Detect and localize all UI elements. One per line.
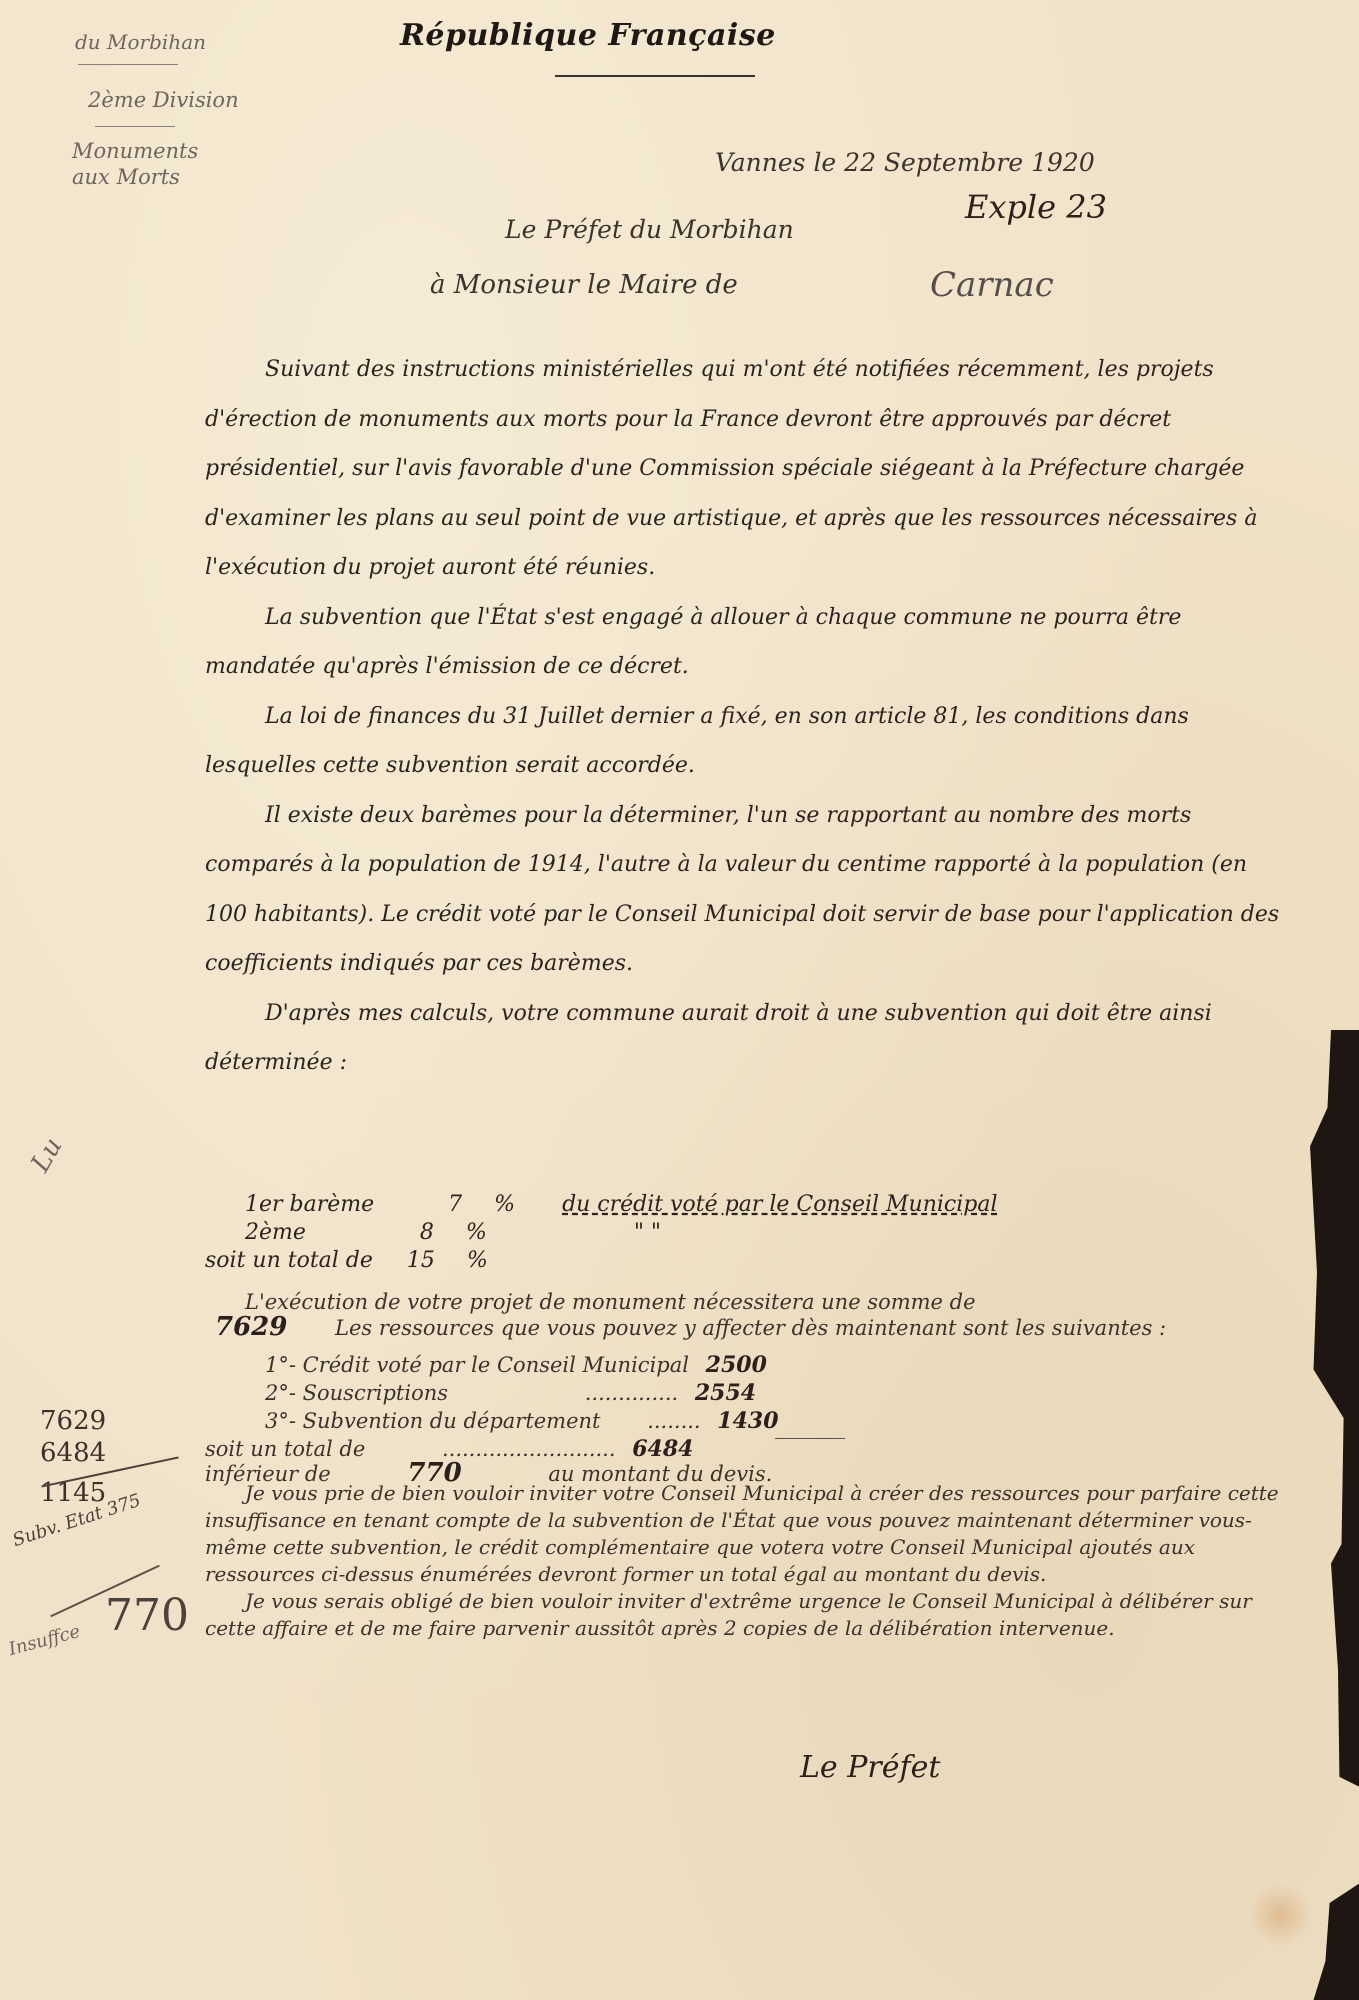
sum-rule: [775, 1438, 845, 1439]
bareme-label: 2ème: [245, 1220, 306, 1245]
recipient: à Monsieur le Maire de: [430, 270, 738, 300]
margin-note-insuffisance-amount: 770: [105, 1590, 189, 1641]
margin-rule: [95, 126, 175, 127]
bareme-unit: %: [466, 1220, 487, 1245]
resource-item: 2°- Souscriptions .............. 2554: [265, 1380, 756, 1406]
bareme-value: 7: [448, 1192, 462, 1217]
paper-stain: [1250, 1880, 1310, 1950]
resource-item: 1°- Crédit voté par le Conseil Municipal…: [265, 1352, 767, 1378]
margin-rule: [78, 64, 178, 65]
letterhead-title: République Française: [400, 18, 776, 53]
resource-item: 3°- Subvention du département ........ 1…: [265, 1408, 779, 1434]
bareme-label: 1er barème: [245, 1192, 374, 1217]
margin-subject-line1: Monuments: [72, 138, 198, 164]
bareme-unit: %: [467, 1248, 488, 1273]
body-paragraph: Il existe deux barèmes pour la détermine…: [205, 791, 1285, 989]
recipient-commune: Carnac: [930, 265, 1054, 305]
resource-label: 3°- Subvention du département: [265, 1409, 601, 1433]
resources-intro: Les ressources que vous pouvez y affecte…: [335, 1316, 1166, 1340]
bareme-value: 15: [407, 1248, 435, 1273]
bareme-note: " ": [634, 1220, 661, 1245]
bareme-note: du crédit voté par le Conseil Municipal: [562, 1192, 997, 1217]
copy-mark: Exple 23: [965, 188, 1107, 226]
resource-amount: 1430: [717, 1408, 778, 1434]
sender: Le Préfet du Morbihan: [505, 215, 794, 244]
letterhead-rule: [555, 75, 755, 77]
resource-label: 2°- Souscriptions: [265, 1381, 448, 1405]
resource-dots: ........: [647, 1409, 700, 1433]
resource-amount: 2554: [695, 1380, 756, 1406]
resource-amount: 2500: [706, 1352, 767, 1378]
closing-paragraph: Je vous serais obligé de bien vouloir in…: [205, 1588, 1305, 1642]
margin-department: du Morbihan: [75, 30, 206, 54]
margin-subject-line2: aux Morts: [72, 164, 198, 190]
body-paragraph: La loi de finances du 31 Juillet dernier…: [205, 692, 1285, 791]
bareme-row: soit un total de 15 %: [205, 1248, 488, 1273]
margin-division: 2ème Division: [88, 88, 239, 112]
margin-note-lu: Lu: [26, 1133, 69, 1177]
margin-subject: Monuments aux Morts: [72, 138, 198, 190]
body-paragraph: La subvention que l'État s'est engagé à …: [205, 593, 1285, 692]
resource-dots: ..............: [585, 1381, 678, 1405]
devis-amount: 7629: [215, 1312, 287, 1342]
margin-calculation: 7629 6484 1145: [40, 1405, 180, 1509]
bareme-value: 8: [420, 1220, 434, 1245]
closing-paragraph: Je vous prie de bien vouloir inviter vot…: [205, 1480, 1305, 1588]
calc-line: 7629: [40, 1405, 180, 1437]
letter-body: Suivant des instructions ministérielles …: [205, 345, 1285, 1088]
body-paragraph: D'après mes calculs, votre commune aurai…: [205, 989, 1285, 1088]
bareme-unit: %: [494, 1192, 515, 1217]
closing-section: Je vous prie de bien vouloir inviter vot…: [205, 1480, 1305, 1642]
calc-line: 6484: [40, 1437, 180, 1469]
body-paragraph: Suivant des instructions ministérielles …: [205, 345, 1285, 593]
signature: Le Préfet: [800, 1750, 940, 1785]
document-page: République Française du Morbihan 2ème Di…: [0, 0, 1359, 2000]
bareme-row: 2ème 8 % " ": [245, 1220, 661, 1245]
resource-label: 1°- Crédit voté par le Conseil Municipal: [265, 1353, 689, 1377]
bareme-label: soit un total de: [205, 1248, 373, 1273]
bareme-row: 1er barème 7 % du crédit voté par le Con…: [245, 1192, 998, 1217]
devis-intro: L'exécution de votre projet de monument …: [245, 1290, 976, 1314]
margin-note-insuffisance-label: Insuffce: [7, 1621, 83, 1660]
dateline: Vannes le 22 Septembre 1920: [715, 148, 1095, 177]
